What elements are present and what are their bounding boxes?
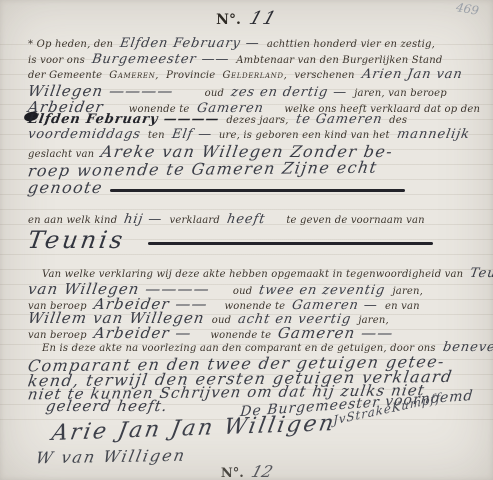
handwritten-witness1-first: Teunis: [469, 266, 493, 281]
handwritten-verb: heeft: [226, 212, 267, 227]
printed-text: Provincie: [166, 70, 215, 81]
printed-text: dezes jaars,: [226, 115, 288, 126]
handwritten-spouse-word: genoote: [26, 178, 104, 197]
handwritten-date: Elfden February —: [119, 36, 261, 51]
handwritten-closing-end: geleerd heeft.: [45, 397, 170, 415]
next-act-number-label: N°.: [221, 466, 244, 480]
handwritten-official: Burgemeester ——: [91, 52, 231, 67]
handwritten-child-name: Teunis: [26, 226, 128, 254]
printed-text: * Op heden, den: [28, 39, 113, 50]
act-number: N°. 11: [0, 8, 493, 29]
printed-place: Gameren,: [109, 70, 159, 81]
printed-text: is voor ons: [28, 55, 85, 66]
form-line-1: * Op heden, den Elfden February — achtti…: [28, 36, 473, 51]
form-line-12: Teunis: [28, 226, 473, 254]
form-line-7: voordemiddags ten Elf — ure, is geboren …: [28, 127, 473, 142]
scanned-birth-record: 469 N°. 11 * Op heden, den Elfden Februa…: [0, 0, 493, 480]
handwritten-daypart: voordemiddags: [27, 127, 142, 142]
printed-text: ure, is geboren een kind van het: [219, 130, 390, 141]
printed-text: ten: [148, 130, 165, 141]
handwritten-pronoun: hij —: [123, 212, 164, 227]
handwritten-gender: mannelijk: [396, 127, 471, 142]
handwritten-birthdate: Elfden February ————: [27, 112, 221, 127]
ink-rule: [148, 242, 433, 245]
form-line-2: is voor ons Burgemeester —— Ambtenaar va…: [28, 52, 473, 67]
printed-text: achttien honderd vier en zestig,: [267, 39, 435, 50]
form-line-10: genoote: [28, 178, 473, 197]
ink-rule: [110, 189, 405, 192]
form-line-3: der Gemeente Gameren, Provincie Gelderla…: [28, 67, 473, 82]
handwritten-declarant-name: Arien Jan van: [360, 67, 463, 82]
printed-text: verklaard: [170, 215, 221, 226]
act-number-value: 11: [247, 8, 281, 29]
printed-text: en aan welk kind: [28, 215, 117, 226]
declarant-signature: Arie Jan Jan Willigen: [50, 411, 338, 446]
printed-text: te geven de voornaam van: [286, 215, 424, 226]
act-number-label: N°.: [216, 12, 241, 28]
printed-text: Ambtenaar van den Burgerlijken Stand: [236, 55, 442, 66]
form-line-13: Van welke verklaring wij deze akte hebbe…: [28, 266, 487, 281]
form-line-9: roep wonende te Gameren Zijne echt: [28, 157, 473, 181]
form-line-6: Elfden February ———— dezes jaars, te Gam…: [28, 112, 473, 127]
printed-text: des: [389, 115, 407, 126]
printed-province: Gelderland,: [222, 70, 287, 81]
printed-text: Van welke verklaring wij deze akte hebbe…: [42, 269, 463, 280]
handwritten-birthplace: te Gameren: [294, 112, 383, 127]
printed-text: verschenen: [294, 70, 354, 81]
next-act-number-value: 12: [249, 462, 275, 480]
printed-text: der Gemeente: [28, 70, 102, 81]
printed-text: geslacht van: [28, 149, 94, 160]
handwritten-hour: Elf —: [171, 127, 213, 142]
handwritten-mother-details: roep wonende te Gameren Zijne echt: [27, 158, 379, 181]
next-act-number: N°. 12: [0, 462, 493, 480]
form-line-11: en aan welk kind hij — verklaard heeft t…: [28, 212, 473, 227]
